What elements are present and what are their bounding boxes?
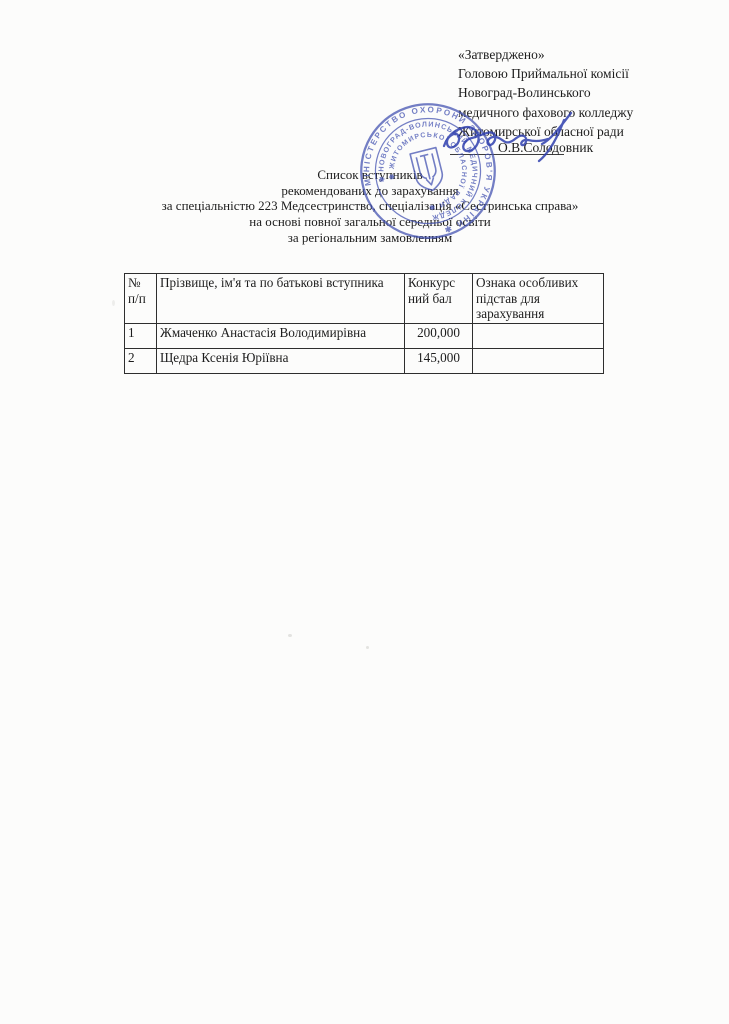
cell-special-grounds [473, 348, 604, 373]
header-full-name: Прізвище, ім'я та по батькові вступника [157, 274, 405, 324]
cell-score: 200,000 [405, 323, 473, 348]
scan-speck [112, 300, 115, 306]
cell-full-name: Жмаченко Анастасія Володимирівна [157, 323, 405, 348]
cell-score: 145,000 [405, 348, 473, 373]
table-row: 2 Щедра Ксенія Юріївна 145,000 [125, 348, 604, 373]
cell-number: 1 [125, 323, 157, 348]
scan-speck [366, 646, 369, 649]
header-competition-score: Конкурс ний бал [405, 274, 473, 324]
handwritten-signature [438, 110, 603, 168]
applicants-table: № п/п Прізвище, ім'я та по батькові всту… [124, 273, 604, 374]
approval-line: Головою Приймальної комісії [458, 64, 688, 83]
scanned-document-page: «Затверджено» Головою Приймальної комісі… [0, 0, 729, 1024]
signature-scrawl [444, 127, 548, 151]
table-row: 1 Жмаченко Анастасія Володимирівна 200,0… [125, 323, 604, 348]
header-special-grounds: Ознака особливих підстав для зарахування [473, 274, 604, 324]
cell-full-name: Щедра Ксенія Юріївна [157, 348, 405, 373]
cell-special-grounds [473, 323, 604, 348]
scan-speck [288, 634, 292, 637]
cell-number: 2 [125, 348, 157, 373]
header-number: № п/п [125, 274, 157, 324]
table-header-row: № п/п Прізвище, ім'я та по батькові всту… [125, 274, 604, 324]
approval-line: «Затверджено» [458, 45, 688, 64]
